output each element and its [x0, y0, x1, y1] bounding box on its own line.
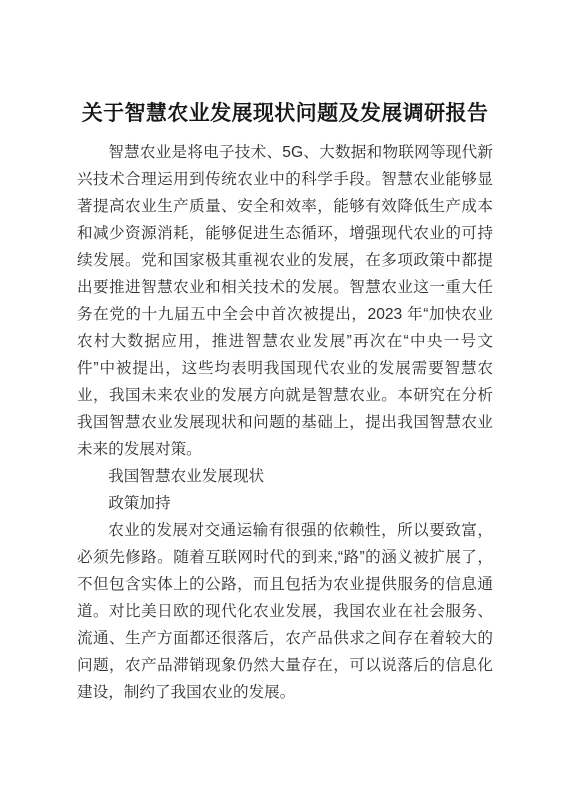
section-heading-current-status: 我国智慧农业发展现状	[77, 463, 493, 490]
document-page: 关于智慧农业发展现状问题及发展调研报告 智慧农业是将电子技术、5G、大数据和物联…	[0, 0, 570, 807]
paragraph-policy-body: 农业的发展对交通运输有很强的依赖性，所以要致富，必须先修路。随着互联网时代的到来…	[77, 517, 493, 706]
section-heading-policy-support: 政策加持	[77, 490, 493, 517]
document-title: 关于智慧农业发展现状问题及发展调研报告	[77, 97, 493, 131]
document-body: 智慧农业是将电子技术、5G、大数据和物联网等现代新兴技术合理运用到传统农业中的科…	[77, 139, 493, 706]
paragraph-introduction: 智慧农业是将电子技术、5G、大数据和物联网等现代新兴技术合理运用到传统农业中的科…	[77, 139, 493, 463]
